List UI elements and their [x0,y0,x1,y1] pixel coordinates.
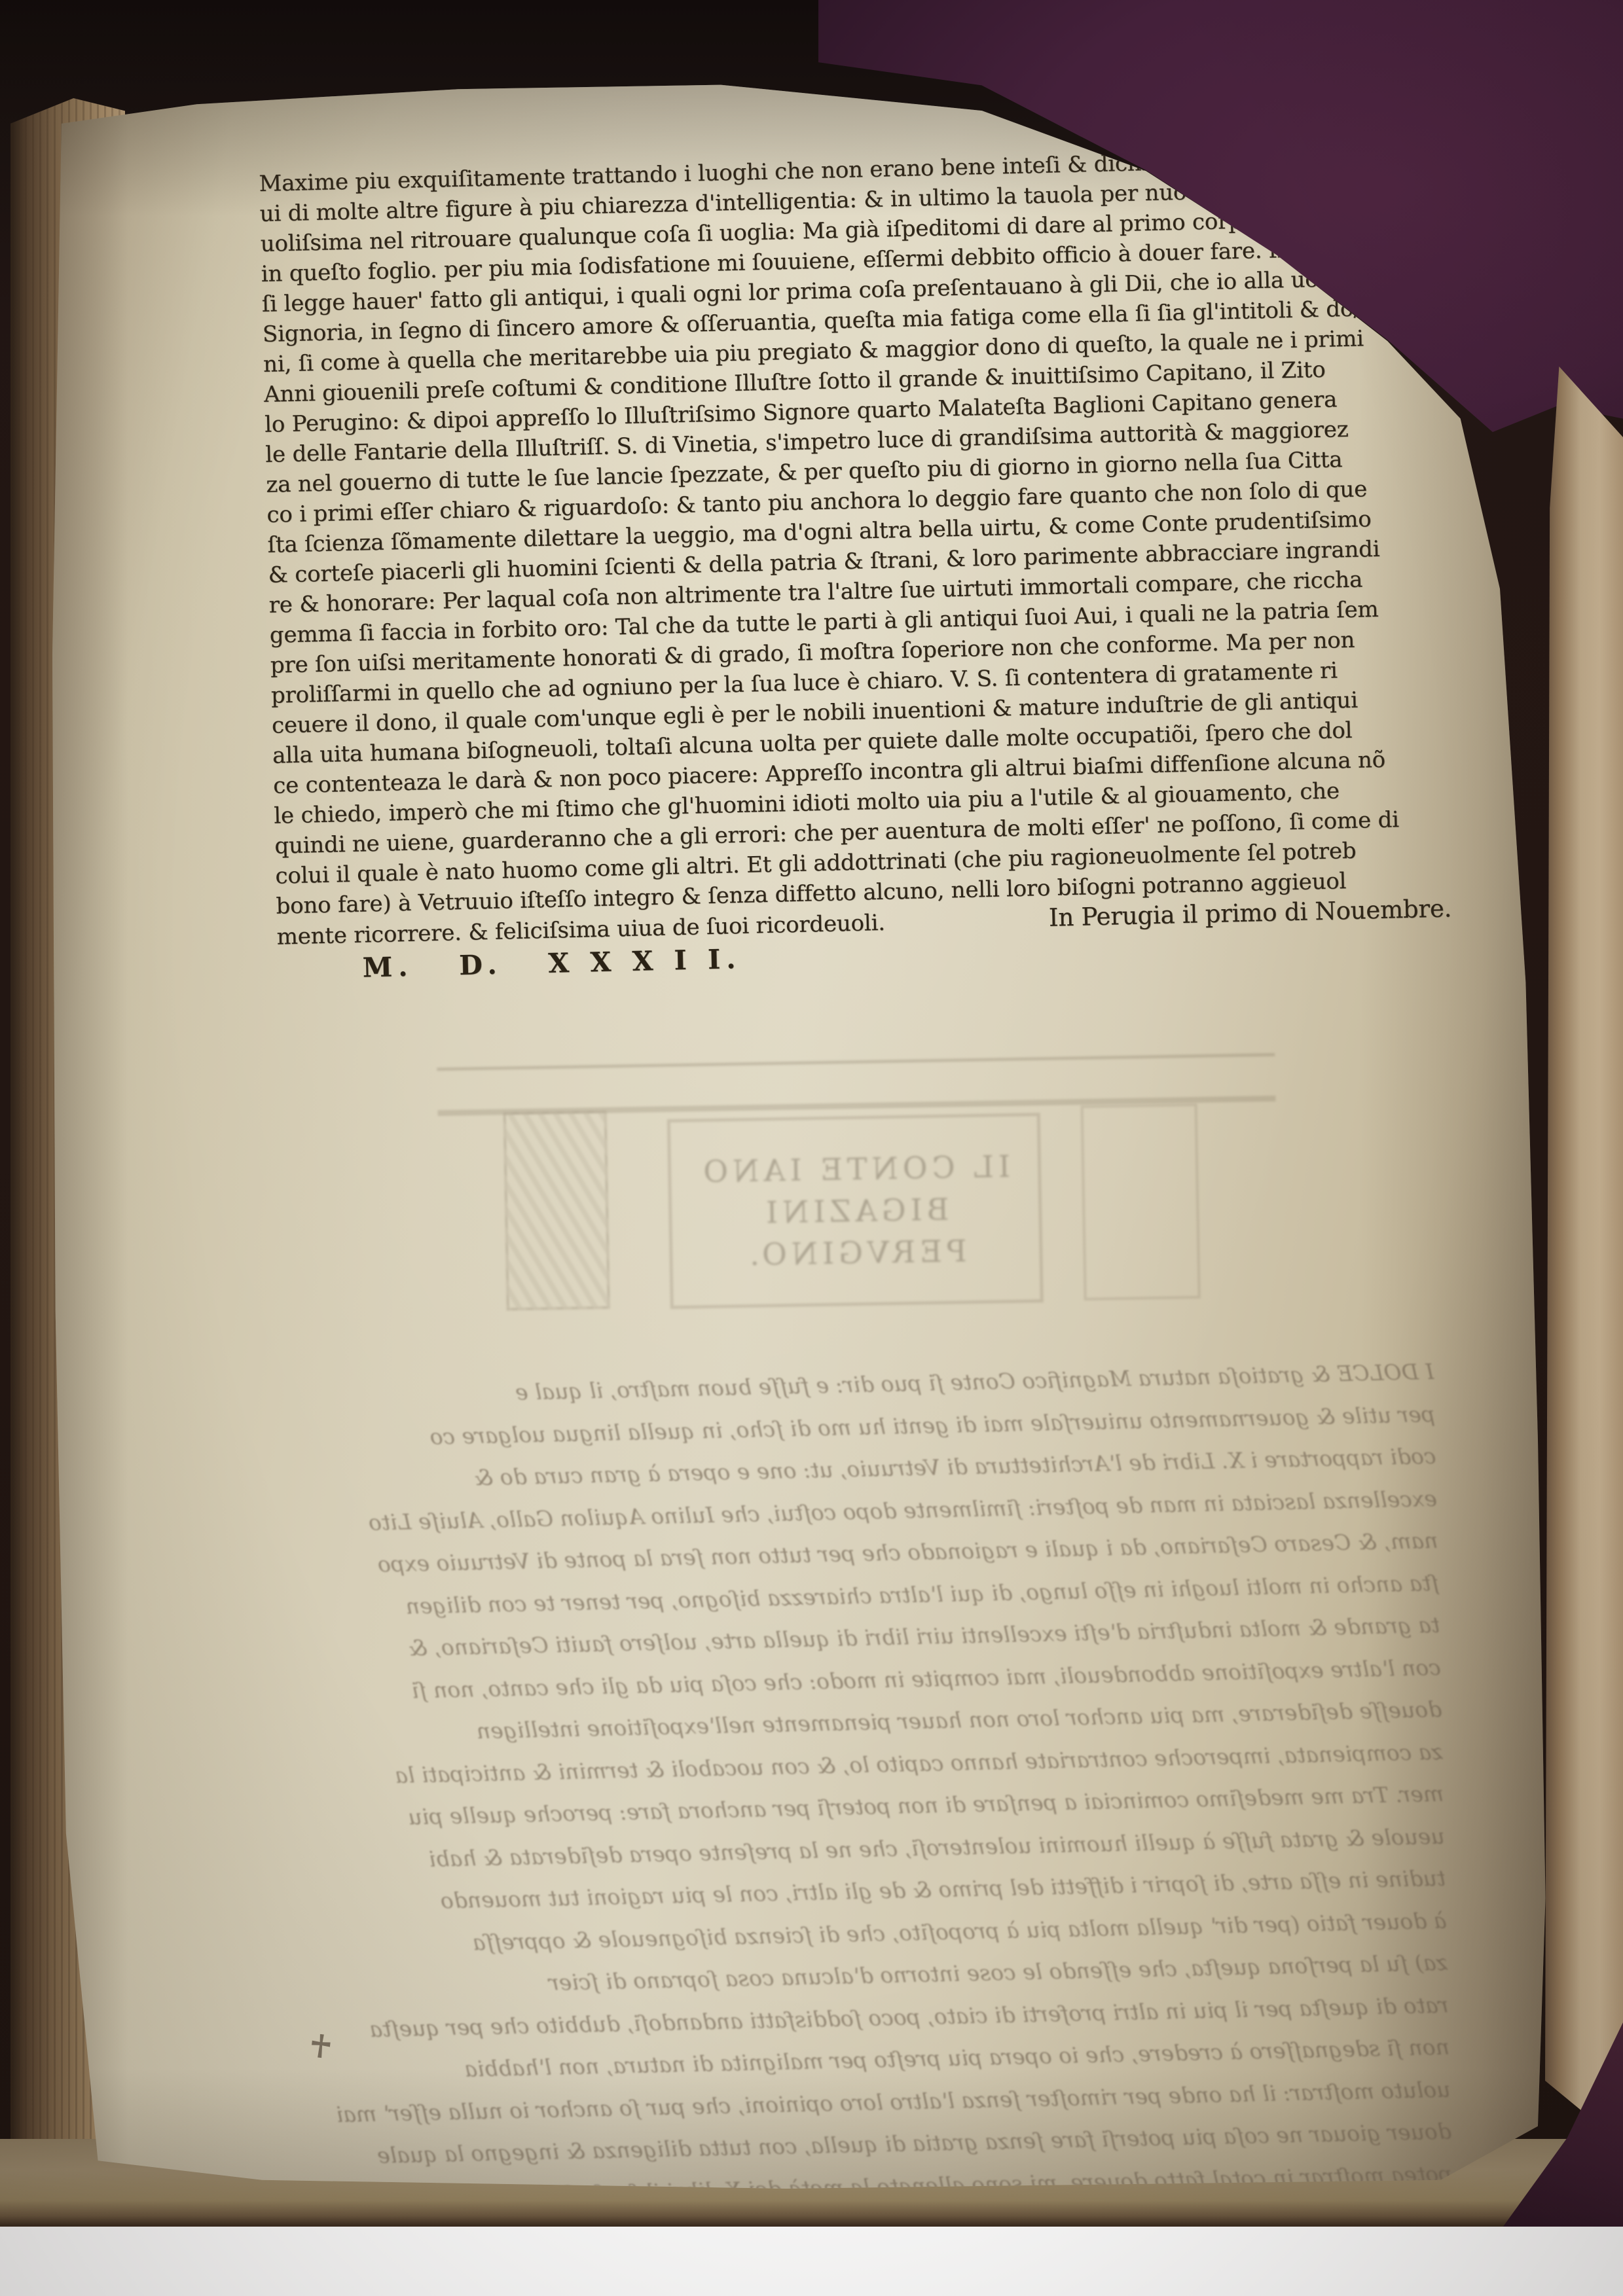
book-page: Maxime piu exquiſitamente trattando i lu… [52,65,1571,2219]
woodcut-inscription-line: BIGAZINI [672,1187,1039,1235]
letter-lines: Maxime piu exquiſitamente trattando i lu… [259,141,1451,922]
woodcut-inscription-panel: IL CONTE IANOBIGAZINIPERVGINO. [667,1113,1044,1309]
woodcut-pillar-right [503,1111,610,1311]
woodcut-inscription-line: IL CONTE IANO [671,1145,1038,1193]
woodcut-pillar-left [1081,1103,1201,1300]
page-block-fore-edge [1545,367,1623,2134]
bleedthrough-lines: I DOLCE & gratioſa natura Magnifico Cont… [216,1351,1453,2265]
scan-white-margin [0,2227,1623,2296]
verso-text-bleedthrough: I DOLCE & gratioſa natura Magnifico Cont… [216,1351,1453,2265]
printers-cross-icon [310,2034,332,2059]
woodcut-inscription-lines: IL CONTE IANOBIGAZINIPERVGINO. [671,1145,1040,1277]
dedication-letter-text: Maxime piu exquiſitamente trattando i lu… [259,141,1453,985]
woodcut-showthrough: IL CONTE IANOBIGAZINIPERVGINO. [475,1018,1239,1306]
woodcut-inscription-line: PERVGINO. [672,1229,1040,1277]
book-photograph: Maxime piu exquiſitamente trattando i lu… [0,0,1623,2296]
